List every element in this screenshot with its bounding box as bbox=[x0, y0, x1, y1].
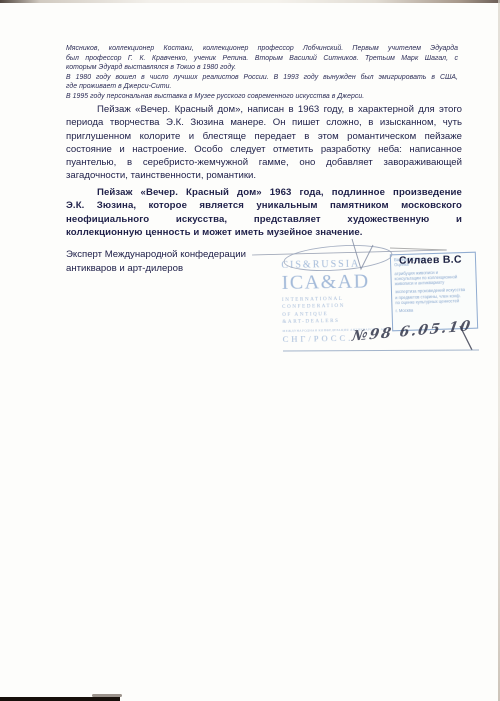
scan-smudge bbox=[92, 694, 122, 697]
appraisal-line: состояние и настроение. Особо следует от… bbox=[66, 143, 462, 156]
stamp-card-line: г. Москва bbox=[396, 306, 474, 314]
biography-line: которым Эдуард выставлялся в Токио в 198… bbox=[66, 63, 458, 73]
biography-line: В 1995 году персональная выставка в Музе… bbox=[66, 92, 458, 102]
biography-line: где проживает в Джерси-Сити. bbox=[66, 82, 458, 92]
appraisal-line: Пейзаж «Вечер. Красный дом», написан в 1… bbox=[66, 103, 462, 116]
conclusion-line: неофициального искусства, представляет х… bbox=[66, 213, 462, 226]
appraisal-line: приглушенном колорите и блестяще передае… bbox=[66, 130, 462, 143]
stamp-card-line: живописи и антиквариату bbox=[395, 279, 473, 287]
stamp-logo-top-text: CIS&RUSSIA bbox=[281, 258, 391, 271]
biography-line: В 1980 году вошел в число лучших реалист… bbox=[66, 73, 458, 83]
expert-name-overprint: Силаев В.С bbox=[399, 253, 479, 266]
stamp-logo-row: &ART-DEALERS bbox=[282, 317, 392, 326]
appraisal-line: пуантелью, в серебристо-жемчужной гамме,… bbox=[66, 156, 462, 169]
appraisal-line: загадочности, таинственности, романтики. bbox=[66, 169, 462, 182]
stamp-logo-monogram: ICA&AD bbox=[281, 270, 391, 295]
stamp-logo-rows: INTERNATIONAL CONFEDERATION OF ANTIQUE &… bbox=[282, 295, 393, 327]
appraisal-line: периода творчества Э.К. Зюзина манере. О… bbox=[66, 116, 462, 129]
stamp-card-line: по оценке культурных ценностей bbox=[395, 298, 473, 306]
conclusion-line: коллекционную ценность и может иметь муз… bbox=[66, 226, 462, 239]
scanned-document-page: Мясников, коллекционер Костаки, коллекци… bbox=[0, 0, 500, 701]
expert-title-block: Эксперт Международной конфедерации антик… bbox=[66, 248, 306, 275]
conclusion-line: Э.К. Зюзина, которое является уникальным… bbox=[66, 199, 462, 212]
conclusion-paragraph: Пейзаж «Вечер. Красный дом» 1963 года, п… bbox=[66, 186, 462, 239]
conclusion-line: Пейзаж «Вечер. Красный дом» 1963 года, п… bbox=[66, 186, 462, 199]
biography-block: Мясников, коллекционер Костаки, коллекци… bbox=[66, 44, 458, 102]
biography-line: Мясников, коллекционер Костаки, коллекци… bbox=[66, 44, 458, 54]
scan-edge-bottom-artifact bbox=[0, 697, 120, 701]
appraisal-paragraph: Пейзаж «Вечер. Красный дом», написан в 1… bbox=[66, 103, 462, 183]
expert-title-line: антикваров и арт-дилеров bbox=[66, 262, 306, 276]
biography-line: был профессор Г. К. Кравченко, ученик Ре… bbox=[66, 54, 458, 64]
scan-edge-top bbox=[0, 0, 500, 3]
expert-title-line: Эксперт Международной конфедерации bbox=[66, 248, 306, 262]
